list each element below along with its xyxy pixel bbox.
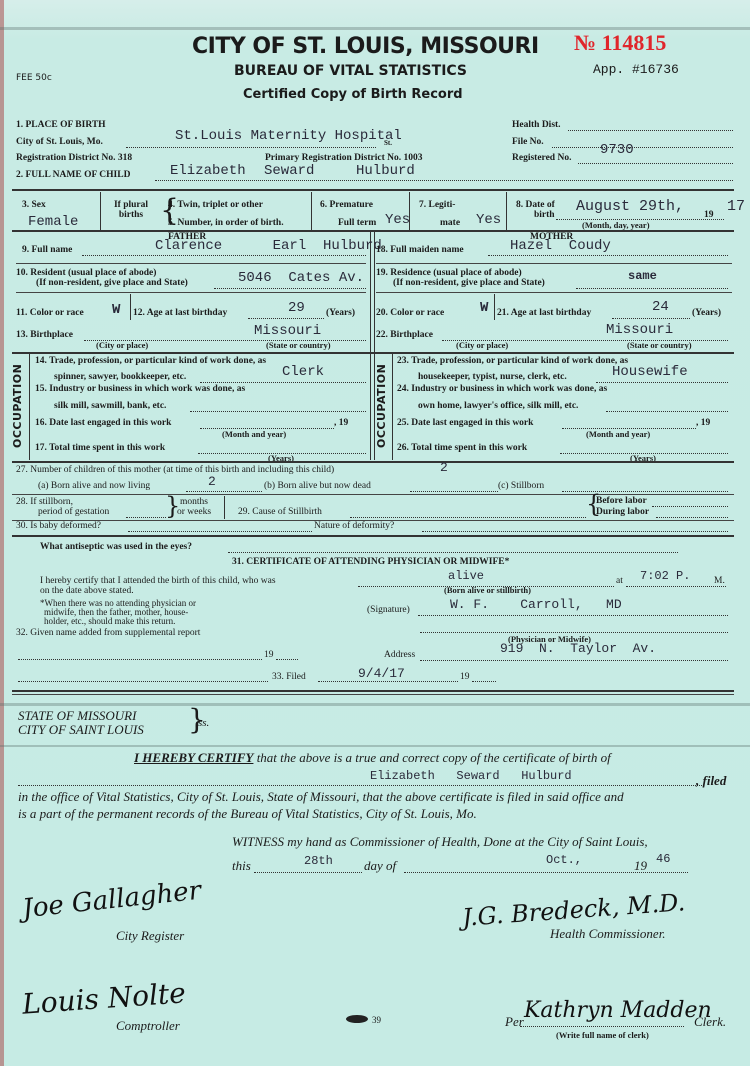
certification-body-2: is a part of the permanent records of th… (18, 806, 477, 822)
full-term-label: Full term (338, 218, 376, 228)
dob-label: 8. Date of (516, 200, 555, 210)
fee-label: FEE 50c (16, 73, 52, 83)
mother-industry-hint: own home, lawyer's office, silk mill, et… (418, 401, 578, 411)
health-dist-label: Health Dist. (512, 120, 561, 130)
mother-residence-value: same (628, 269, 657, 283)
children-total: 2 (440, 460, 448, 475)
certify-text: I hereby certify that I attended the bir… (40, 576, 276, 586)
twin-label: 4. Twin, triplet or other (168, 200, 263, 210)
mother-date-label: 25. Date last engaged in this work (397, 418, 533, 428)
father-occupation-heading: OCCUPATION (11, 364, 24, 448)
application-number: App. #16736 (593, 62, 679, 77)
dob-century: 19 (704, 210, 714, 220)
child-middle-name: Seward (264, 163, 314, 179)
deformed-label: 30. Is baby deformed? (16, 521, 101, 531)
witness-century: 19 (634, 858, 647, 874)
before-labor-label: Before labor (596, 496, 647, 506)
paper-fold (0, 703, 750, 706)
registered-no-value: 9730 (600, 142, 634, 158)
gestation-label: 28. If stillborn, (16, 497, 73, 507)
dob-label-2: birth (534, 210, 555, 220)
registered-no-label: Registered No. (512, 153, 571, 163)
signature-label: (Signature) (367, 605, 410, 615)
birth-time-suffix: M. (714, 576, 725, 586)
cause-label: 29. Cause of Stillbirth (238, 507, 322, 517)
father-city-hint: (City or place) (96, 340, 148, 350)
street-label: St. (384, 139, 392, 147)
father-birthplace-label: 13. Birthplace (16, 330, 73, 340)
mother-state-hint: (State or country) (627, 340, 692, 350)
physician-address-value: 919 N. Taylor Av. (500, 641, 656, 656)
number-sign-icon: № (574, 30, 596, 55)
father-race-value: W (112, 302, 120, 318)
mother-years-label: (Years) (692, 308, 721, 318)
no-physician-note-3: holder, etc., should make this return. (44, 616, 175, 626)
legitimate-label-2: mate (440, 218, 460, 228)
father-name-value: Clarence Earl Hulburd (155, 238, 382, 254)
clerk-signature: Kathryn Madden (524, 998, 712, 1023)
stillborn-label: (c) Stillborn (498, 481, 544, 491)
gestation-hint: period of gestation (38, 507, 109, 517)
commissioner-title: Health Commissioner. (550, 926, 666, 942)
father-residence-label: 10. Resident (usual place of abode) (16, 268, 156, 278)
physician-certificate-heading: 31. CERTIFICATE OF ATTENDING PHYSICIAN O… (232, 557, 509, 567)
city-title: CITY OF ST. LOUIS, MISSOURI (192, 34, 539, 59)
premature-label: 6. Premature (320, 200, 373, 210)
bureau-title: BUREAU OF VITAL STATISTICS (234, 63, 467, 79)
child-last-name: Hulburd (356, 163, 415, 179)
father-time-label: 17. Total time spent in this work (35, 443, 165, 453)
mother-trade-label: 23. Trade, profession, or particular kin… (397, 356, 628, 366)
witness-year-value: 46 (656, 852, 670, 866)
birth-status-value: alive (448, 569, 484, 583)
document-subtitle: Certified Copy of Birth Record (243, 87, 463, 102)
father-residence-value: 5046 Cates Av. (238, 270, 364, 286)
clerk-hint: (Write full name of clerk) (556, 1030, 649, 1040)
place-of-birth-label: 1. PLACE OF BIRTH (16, 120, 106, 130)
father-name-label: 9. Full name (22, 245, 72, 255)
deformity-label: Nature of deformity? (314, 521, 394, 531)
mother-city-hint: (City or place) (456, 340, 508, 350)
antiseptic-label: What antiseptic was used in the eyes? (40, 542, 192, 552)
mother-residence-hint: (If non-resident, give place and State) (393, 278, 545, 288)
mother-date-suffix: , 19 (696, 418, 710, 428)
file-no-label: File No. (512, 137, 544, 147)
dob-year: 17 (727, 198, 745, 215)
filed-suffix: , filed (696, 773, 726, 789)
filed-year: 19 (460, 672, 470, 682)
mother-trade-value: Housewife (612, 364, 688, 380)
father-industry-label: 15. Industry or business in which work w… (35, 384, 245, 394)
living-value: 2 (208, 474, 216, 489)
mother-occupation-heading: OCCUPATION (375, 364, 388, 448)
comptroller-signature: Louis Nolte (21, 976, 187, 1020)
clerk-prefix: Per (505, 1014, 524, 1030)
mother-residence-label: 19. Residence (usual place of abode) (376, 268, 522, 278)
registration-district: Registration District No. 318 (16, 153, 132, 163)
mother-time-label: 26. Total time spent in this work (397, 443, 527, 453)
mother-month-year-hint: (Month and year) (586, 429, 650, 439)
witness-statement: WITNESS my hand as Commissioner of Healt… (232, 834, 648, 850)
ss-label: ss. (198, 717, 209, 729)
city-label: City of St. Louis, Mo. (16, 137, 103, 147)
sex-label: 3. Sex (22, 200, 46, 210)
father-date-label: 16. Date last engaged in this work (35, 418, 171, 428)
certify-statement: I HEREBY CERTIFY that the above is a tru… (134, 750, 611, 766)
order-label: 5. Number, in order of birth. (168, 218, 284, 228)
registrar-signature: Joe Gallagher (21, 876, 202, 925)
mother-race-value: W (480, 300, 488, 316)
father-date-suffix: , 19 (334, 418, 348, 428)
father-race-label: 11. Color or race (16, 308, 84, 318)
father-birthplace-value: Missouri (254, 323, 321, 339)
plural-births-label: If plural births (110, 200, 152, 220)
this-label: this (232, 858, 251, 874)
children-count-label: 27. Number of children of this mother (a… (16, 465, 334, 475)
mother-age-value: 24 (652, 299, 669, 315)
father-trade-value: Clerk (282, 364, 324, 380)
mother-birthplace-label: 22. Birthplace (376, 330, 433, 340)
given-name-label: 32. Given name added from supplemental r… (16, 628, 200, 638)
legitimate-value: Yes (476, 212, 501, 228)
father-residence-hint: (If non-resident, give place and State) (36, 278, 188, 288)
filed-label: 33. Filed (272, 672, 306, 682)
dob-value: August 29th, (576, 198, 684, 215)
certification-body-1: in the office of Vital Statistics, City … (18, 789, 624, 805)
certify-text-2: on the date above stated. (40, 586, 134, 596)
father-trade-label: 14. Trade, profession, or particular kin… (35, 356, 266, 366)
registrar-title: City Register (116, 928, 184, 944)
given-name-year: 19 (264, 650, 274, 660)
months-label: months (180, 497, 208, 507)
place-of-birth-value: St.Louis Maternity Hospital (175, 128, 402, 144)
certified-child-name: Elizabeth Seward Hulburd (370, 769, 572, 783)
father-age-value: 29 (288, 300, 305, 316)
dob-hint: (Month, day, year) (582, 220, 650, 230)
mother-name-value: Hazel Coudy (510, 238, 611, 254)
living-label: (a) Born alive and now living (38, 481, 150, 491)
primary-registration-district: Primary Registration District No. 1003 (265, 153, 423, 163)
father-age-label: 12. Age at last birthday (133, 308, 227, 318)
mother-trade-hint: housekeeper, typist, nurse, clerk, etc. (418, 372, 567, 382)
mother-name-label: 18. Full maiden name (376, 245, 464, 255)
physician-signature-value: W. F. Carroll, MD (450, 597, 622, 612)
mother-industry-label: 24. Industry or business in which work w… (397, 384, 607, 394)
during-labor-label: During labor (596, 507, 649, 517)
birth-certificate: CITY OF ST. LOUIS, MISSOURI BUREAU OF VI… (0, 0, 750, 1066)
city-label-cert: CITY OF SAINT LOUIS (18, 722, 144, 738)
father-trade-hint: spinner, sawyer, bookkeeper, etc. (54, 372, 186, 382)
father-state-hint: (State or country) (266, 340, 331, 350)
witness-month-value: Oct., (546, 853, 582, 867)
address-label: Address (384, 650, 415, 660)
dead-label: (b) Born alive but now dead (264, 481, 371, 491)
serial-number: № 114815 (574, 30, 666, 56)
father-years-label: (Years) (326, 308, 355, 318)
union-bug: 39 (346, 1010, 381, 1028)
full-term-value: Yes (385, 212, 410, 228)
legitimate-label: 7. Legiti- (419, 200, 455, 210)
weeks-label: or weeks (177, 507, 211, 517)
birth-status-hint: (Born alive or stillbirth) (444, 585, 531, 595)
birth-time-value: 7:02 P. (640, 569, 690, 583)
day-of-label: day of (364, 858, 396, 874)
father-industry-hint: silk mill, sawmill, bank, etc. (54, 401, 166, 411)
comptroller-title: Comptroller (116, 1018, 180, 1034)
union-label-icon (346, 1015, 368, 1023)
paper-fold (0, 745, 750, 747)
child-name-label: 2. FULL NAME OF CHILD (16, 170, 130, 180)
filed-value: 9/4/17 (358, 666, 405, 681)
mother-age-label: 21. Age at last birthday (497, 308, 591, 318)
witness-day-value: 28th (304, 854, 333, 868)
mother-birthplace-value: Missouri (606, 322, 673, 338)
clerk-suffix: Clerk. (694, 1014, 726, 1030)
sex-value: Female (28, 214, 78, 230)
child-first-name: Elizabeth (170, 163, 246, 179)
father-month-year-hint: (Month and year) (222, 429, 286, 439)
page-edge (0, 0, 4, 1066)
mother-race-label: 20. Color or race (376, 308, 444, 318)
at-label: at (616, 576, 623, 586)
